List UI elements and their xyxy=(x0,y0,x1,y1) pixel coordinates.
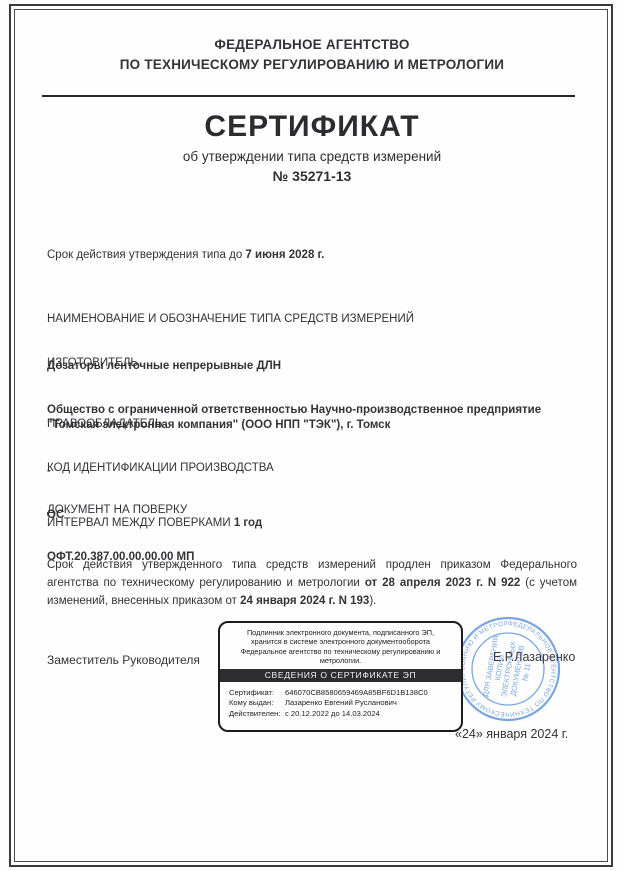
esign-cert-label: Сертификат: xyxy=(229,688,285,699)
extension-paragraph: Срок действия утвержденного типа средств… xyxy=(47,556,577,610)
validity-line: Срок действия утверждения типа до 7 июня… xyxy=(47,248,577,264)
signer-position: Заместитель Руководителя xyxy=(47,653,200,667)
document-subtitle: об утверждении типа средств измерений xyxy=(0,149,624,164)
blue-round-stamp: ФЕДЕРАЛЬНОЕ АГЕНТСТВО ПО ТЕХНИЧЕСКОМУ РЕ… xyxy=(449,610,567,728)
esign-row-valid: Действителен:с 20.12.2022 до 14.03.2024 xyxy=(229,709,461,720)
esign-row-certificate: Сертификат:646070CB8580659469A85BF6D1B13… xyxy=(229,688,461,699)
esign-valid-value: с 20.12.2022 до 14.03.2024 xyxy=(285,709,380,718)
extension-text-3: ). xyxy=(369,595,376,607)
field-interval-value: 1 год xyxy=(234,517,262,529)
extension-order-2: 24 января 2024 г. N 193 xyxy=(240,595,369,607)
esign-valid-label: Действителен: xyxy=(229,709,285,720)
esign-cert-value: 646070CB8580659469A85BF6D1B138C0 xyxy=(285,688,428,697)
signature-date: «24» января 2024 г. xyxy=(455,727,568,741)
esign-issued-label: Кому выдан: xyxy=(229,698,285,709)
esign-header-line4: метрологии. xyxy=(220,656,461,665)
esign-details: Сертификат:646070CB8580659469A85BF6D1B13… xyxy=(229,688,461,720)
esign-header-line3: Федеральное агентство по техническому ре… xyxy=(220,647,461,656)
certificate-number: № 35271-13 xyxy=(0,168,624,184)
esign-issued-value: Лазаренко Евгений Русланович xyxy=(285,698,397,707)
signer-name: Е.Р.Лазаренко xyxy=(493,650,575,664)
document-title: СЕРТИФИКАТ xyxy=(0,110,624,144)
esignature-info-box: Подлинник электронного документа, подпис… xyxy=(218,621,463,732)
field-interval-label: ИНТЕРВАЛ МЕЖДУ ПОВЕРКАМИ xyxy=(47,517,234,529)
agency-name-line1: ФЕДЕРАЛЬНОЕ АГЕНТСТВО xyxy=(0,37,624,52)
validity-label: Срок действия утверждения типа до xyxy=(47,249,245,261)
stamp-center-line-5: № 11 xyxy=(520,663,532,682)
esign-header-text: Подлинник электронного документа, подпис… xyxy=(220,628,461,666)
certificate-page: ФЕДЕРАЛЬНОЕ АГЕНТСТВО ПО ТЕХНИЧЕСКОМУ РЕ… xyxy=(0,0,624,871)
esign-row-issued-to: Кому выдан:Лазаренко Евгений Русланович xyxy=(229,698,461,709)
extension-order-1: от 28 апреля 2023 г. N 922 xyxy=(365,577,521,589)
field-manufacturer-label: ИЗГОТОВИТЕЛЬ xyxy=(47,356,577,372)
agency-name-line2: ПО ТЕХНИЧЕСКОМУ РЕГУЛИРОВАНИЮ И МЕТРОЛОГ… xyxy=(0,57,624,72)
header-divider xyxy=(42,95,575,97)
esign-bar-title: СВЕДЕНИЯ О СЕРТИФИКАТЕ ЭП xyxy=(220,669,461,682)
esign-header-line1: Подлинник электронного документа, подпис… xyxy=(220,628,461,637)
esign-header-line2: хранится в системе электронного документ… xyxy=(220,637,461,646)
validity-date: 7 июня 2028 г. xyxy=(245,249,324,261)
field-interval: ИНТЕРВАЛ МЕЖДУ ПОВЕРКАМИ 1 год xyxy=(47,516,577,532)
